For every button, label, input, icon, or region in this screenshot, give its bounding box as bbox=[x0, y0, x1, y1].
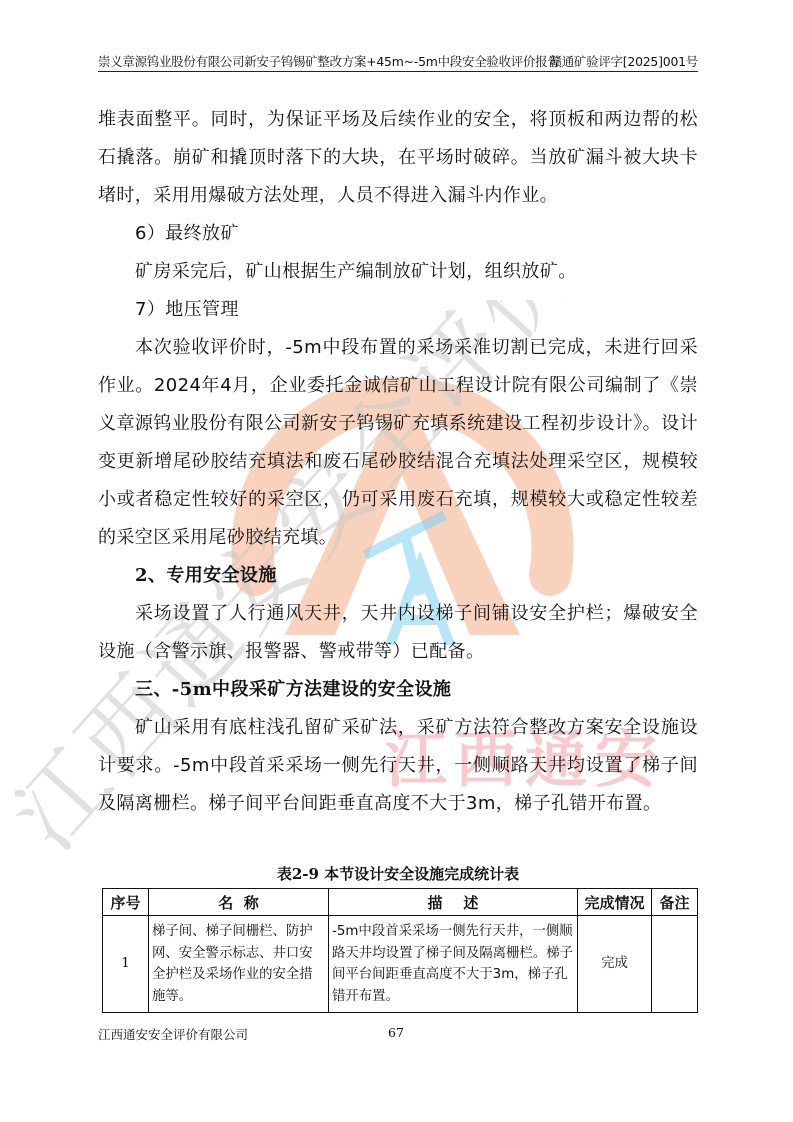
body-text: 堆表面整平。同时，为保证平场及后续作业的安全，将顶板和两边帮的松石撬落。崩矿和撬… bbox=[98, 101, 698, 823]
cell-name: 梯子间、梯子间栅栏、防护网、安全警示标志、井口安全护栏及采场作业的安全措施等。 bbox=[149, 916, 329, 1013]
column-header-index: 序号 bbox=[103, 889, 149, 916]
paragraph: 矿山采用有底柱浅孔留矿采矿法，采矿方法符合整改方案安全设施设计要求。-5m中段首… bbox=[98, 709, 698, 823]
column-header-description: 描 述 bbox=[329, 889, 578, 916]
document-page: 江西通安安全评价有限公司 江西通安 崇义章源钨业股份有限公司新安子钨锡矿整改方案… bbox=[0, 0, 793, 1122]
cell-remark bbox=[652, 916, 698, 1013]
footer-company: 江西通安安全评价有限公司 bbox=[98, 1025, 248, 1043]
paragraph: 堆表面整平。同时，为保证平场及后续作业的安全，将顶板和两边帮的松石撬落。崩矿和撬… bbox=[98, 101, 698, 215]
report-title: 崇义章源钨业股份有限公司新安子钨锡矿整改方案+45m~-5m中段安全验收评价报告 bbox=[98, 54, 560, 69]
section-heading-mining-method-safety: 三、-5m中段采矿方法建设的安全设施 bbox=[98, 671, 698, 709]
column-header-remark: 备注 bbox=[652, 889, 698, 916]
cell-index: 1 bbox=[103, 916, 149, 1013]
safety-facility-table: 序号 名 称 描 述 完成情况 备注 1 梯子间、梯子间栅栏、防护网、安全警示标… bbox=[102, 888, 698, 1013]
table-caption: 表2-9 本节设计安全设施完成统计表 bbox=[98, 864, 698, 884]
running-header: 崇义章源钨业股份有限公司新安子钨锡矿整改方案+45m~-5m中段安全验收评价报告… bbox=[98, 54, 698, 72]
cell-status: 完成 bbox=[578, 916, 652, 1013]
cell-description: -5m中段首采采场一侧先行天井，一侧顺路天井均设置了梯子间及隔离栅栏。梯子间平台… bbox=[329, 916, 578, 1013]
subsection-heading-ground-pressure: 7）地压管理 bbox=[98, 291, 698, 329]
paragraph: 本次验收评价时，-5m中段布置的采场采准切割已完成，未进行回采作业。2024年4… bbox=[98, 329, 698, 557]
subsection-heading-final-ore-drawing: 6）最终放矿 bbox=[98, 215, 698, 253]
column-header-name: 名 称 bbox=[149, 889, 329, 916]
column-header-status: 完成情况 bbox=[578, 889, 652, 916]
table-header-row: 序号 名 称 描 述 完成情况 备注 bbox=[103, 889, 698, 916]
paragraph: 采场设置了人行通风天井，天井内设梯子间铺设安全护栏；爆破安全设施（含警示旗、报警… bbox=[98, 595, 698, 671]
paragraph: 矿房采完后，矿山根据生产编制放矿计划，组织放矿。 bbox=[98, 253, 698, 291]
document-number: 赣通矿验评字[2025]001号 bbox=[550, 54, 698, 70]
page-number: 67 bbox=[388, 1025, 404, 1040]
table-row: 1 梯子间、梯子间栅栏、防护网、安全警示标志、井口安全护栏及采场作业的安全措施等… bbox=[103, 916, 698, 1013]
section-heading-special-safety-facilities: 2、专用安全设施 bbox=[98, 557, 698, 595]
